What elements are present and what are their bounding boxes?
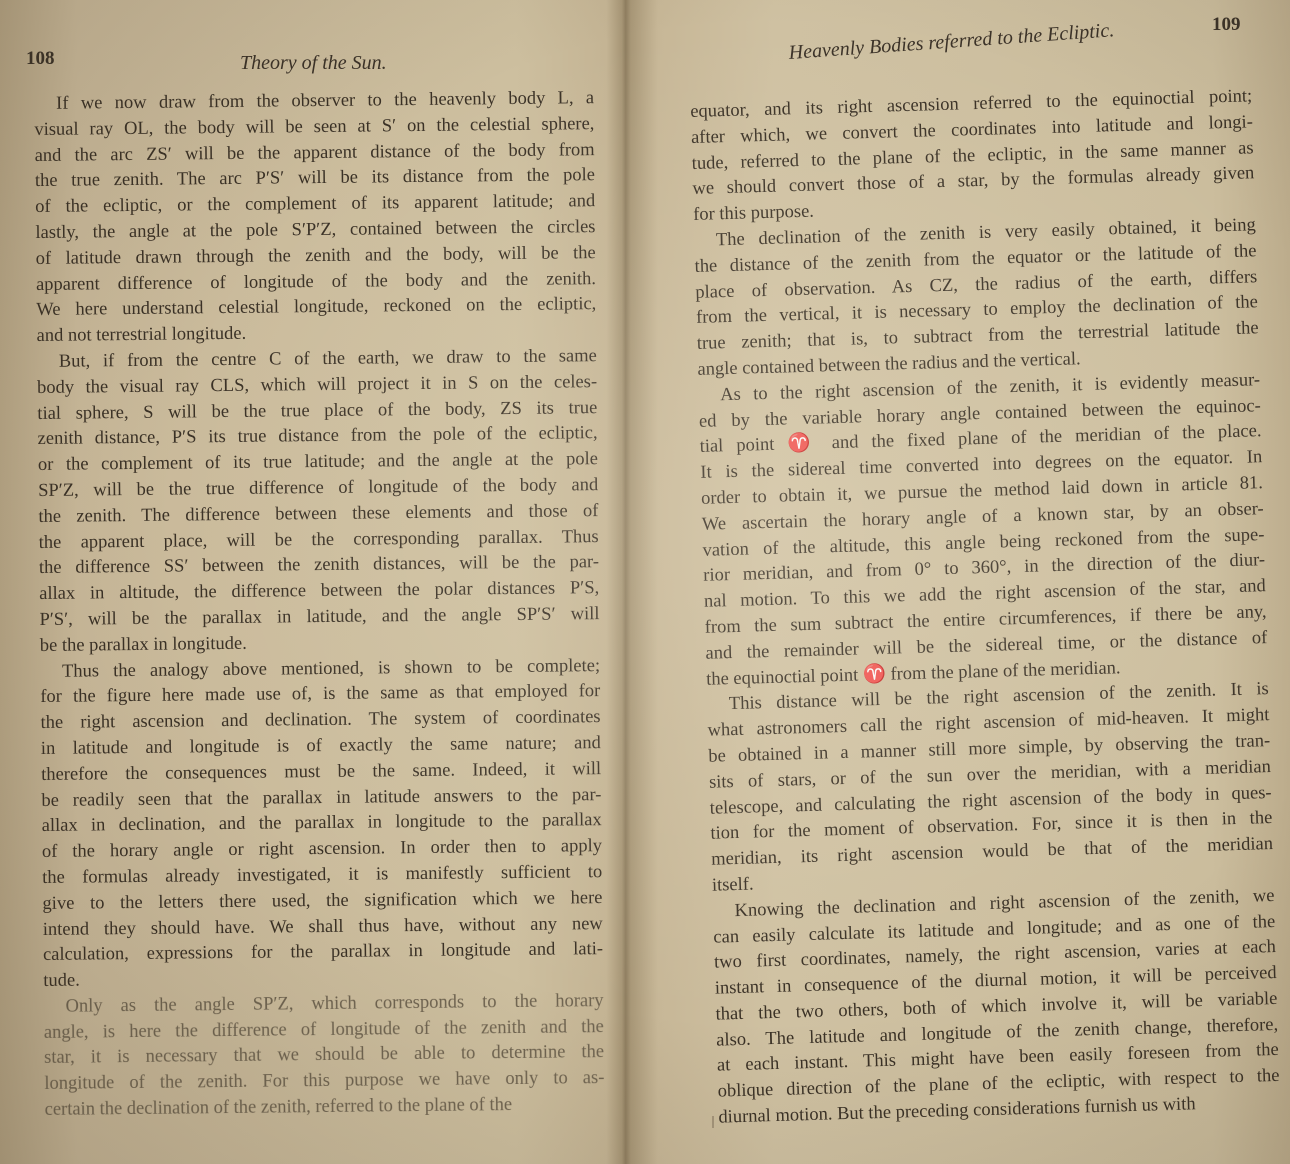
paragraph: As to the right ascension of the zenith,… (698, 368, 1268, 693)
paragraph: Thus the analogy above mentioned, is sho… (40, 654, 603, 995)
right-body-text: equator, and its right ascension referre… (690, 84, 1281, 1131)
pencil-mark (712, 1116, 714, 1128)
page-number-right: 109 (1212, 14, 1241, 36)
paragraph: Knowing the declination and right ascens… (712, 884, 1280, 1132)
page-number-left: 108 (26, 48, 55, 70)
paragraph: But, if from the centre C of the earth, … (37, 344, 600, 659)
paragraph: equator, and its right ascension referre… (690, 84, 1255, 229)
right-page: Heavenly Bodies referred to the Ecliptic… (628, 0, 1290, 1164)
paragraph: Only as the angle SP′Z, which correspond… (43, 989, 604, 1124)
text-line: certain the declination of the zenith, r… (45, 1092, 605, 1124)
paragraph: If we now draw from the observer to the … (34, 86, 597, 350)
paragraph: This distance will be the right ascensio… (707, 677, 1275, 899)
running-head-left: Theory of the Sun. (240, 52, 387, 75)
paragraph: The declination of the zenith is very ea… (694, 213, 1260, 383)
running-head-right: Heavenly Bodies referred to the Ecliptic… (788, 19, 1115, 65)
left-body-text: If we now draw from the observer to the … (34, 86, 605, 1124)
left-page: 108 Theory of the Sun. If we now draw fr… (0, 0, 622, 1164)
